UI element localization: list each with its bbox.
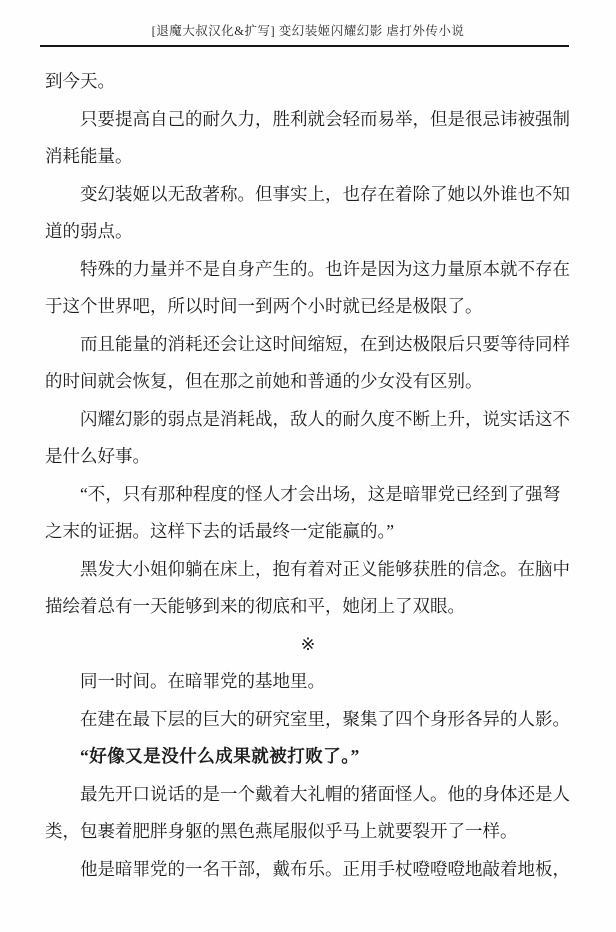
novel-body-text: 到今天。只要提高自己的耐久力，胜利就会轻而易举，但是很忌讳被强制消耗能量。变幻装… [45, 63, 571, 888]
novel-paragraph: 变幻装姬以无敌著称。但事实上，也存在着除了她以外谁也不知道的弱点。 [45, 176, 571, 251]
novel-reader-page: [退魔大叔汉化&扩写] 变幻装姬闪耀幻影 虐打外传小说 到今天。只要提高自己的耐… [0, 0, 616, 932]
novel-paragraph: 黑发大小姐仰躺在床上，抱有着对正义能够获胜的信念。在脑中描绘着总有一天能够到来的… [45, 551, 571, 626]
novel-paragraph: 特殊的力量并不是自身产生的。也许是因为这力量原本就不存在于这个世界吧，所以时间一… [45, 251, 571, 326]
novel-paragraph: 只要提高自己的耐久力，胜利就会轻而易举，但是很忌讳被强制消耗能量。 [45, 101, 571, 176]
novel-paragraph: 闪耀幻影的弱点是消耗战，敌人的耐久度不断上升，说实话这不是什么好事。 [45, 401, 571, 476]
novel-paragraph: “不，只有那种程度的怪人才会出场，这是暗罪党已经到了强弩之末的证据。这样下去的话… [45, 476, 571, 551]
novel-paragraph: 同一时间。在暗罪党的基地里。 [45, 663, 571, 701]
novel-paragraph: 在建在最下层的巨大的研究室里，聚集了四个身形各异的人影。 [45, 701, 571, 739]
novel-paragraph: “好像又是没什么成果就被打败了。” [45, 738, 571, 776]
header-divider-rule [40, 45, 569, 47]
section-divider: ※ [45, 626, 571, 664]
novel-paragraph: 而且能量的消耗还会让这时间缩短，在到达极限后只要等待同样的时间就会恢复，但在那之… [45, 326, 571, 401]
novel-paragraph: 最先开口说话的是一个戴着大礼帽的猪面怪人。他的身体还是人类，包裹着肥胖身躯的黑色… [45, 776, 571, 851]
page-header-title: [退魔大叔汉化&扩写] 变幻装姬闪耀幻影 虐打外传小说 [0, 0, 616, 39]
novel-paragraph: 到今天。 [45, 63, 571, 101]
novel-paragraph: 他是暗罪党的一名干部，戴布乐。正用手杖噔噔噔地敲着地板， [45, 851, 571, 889]
